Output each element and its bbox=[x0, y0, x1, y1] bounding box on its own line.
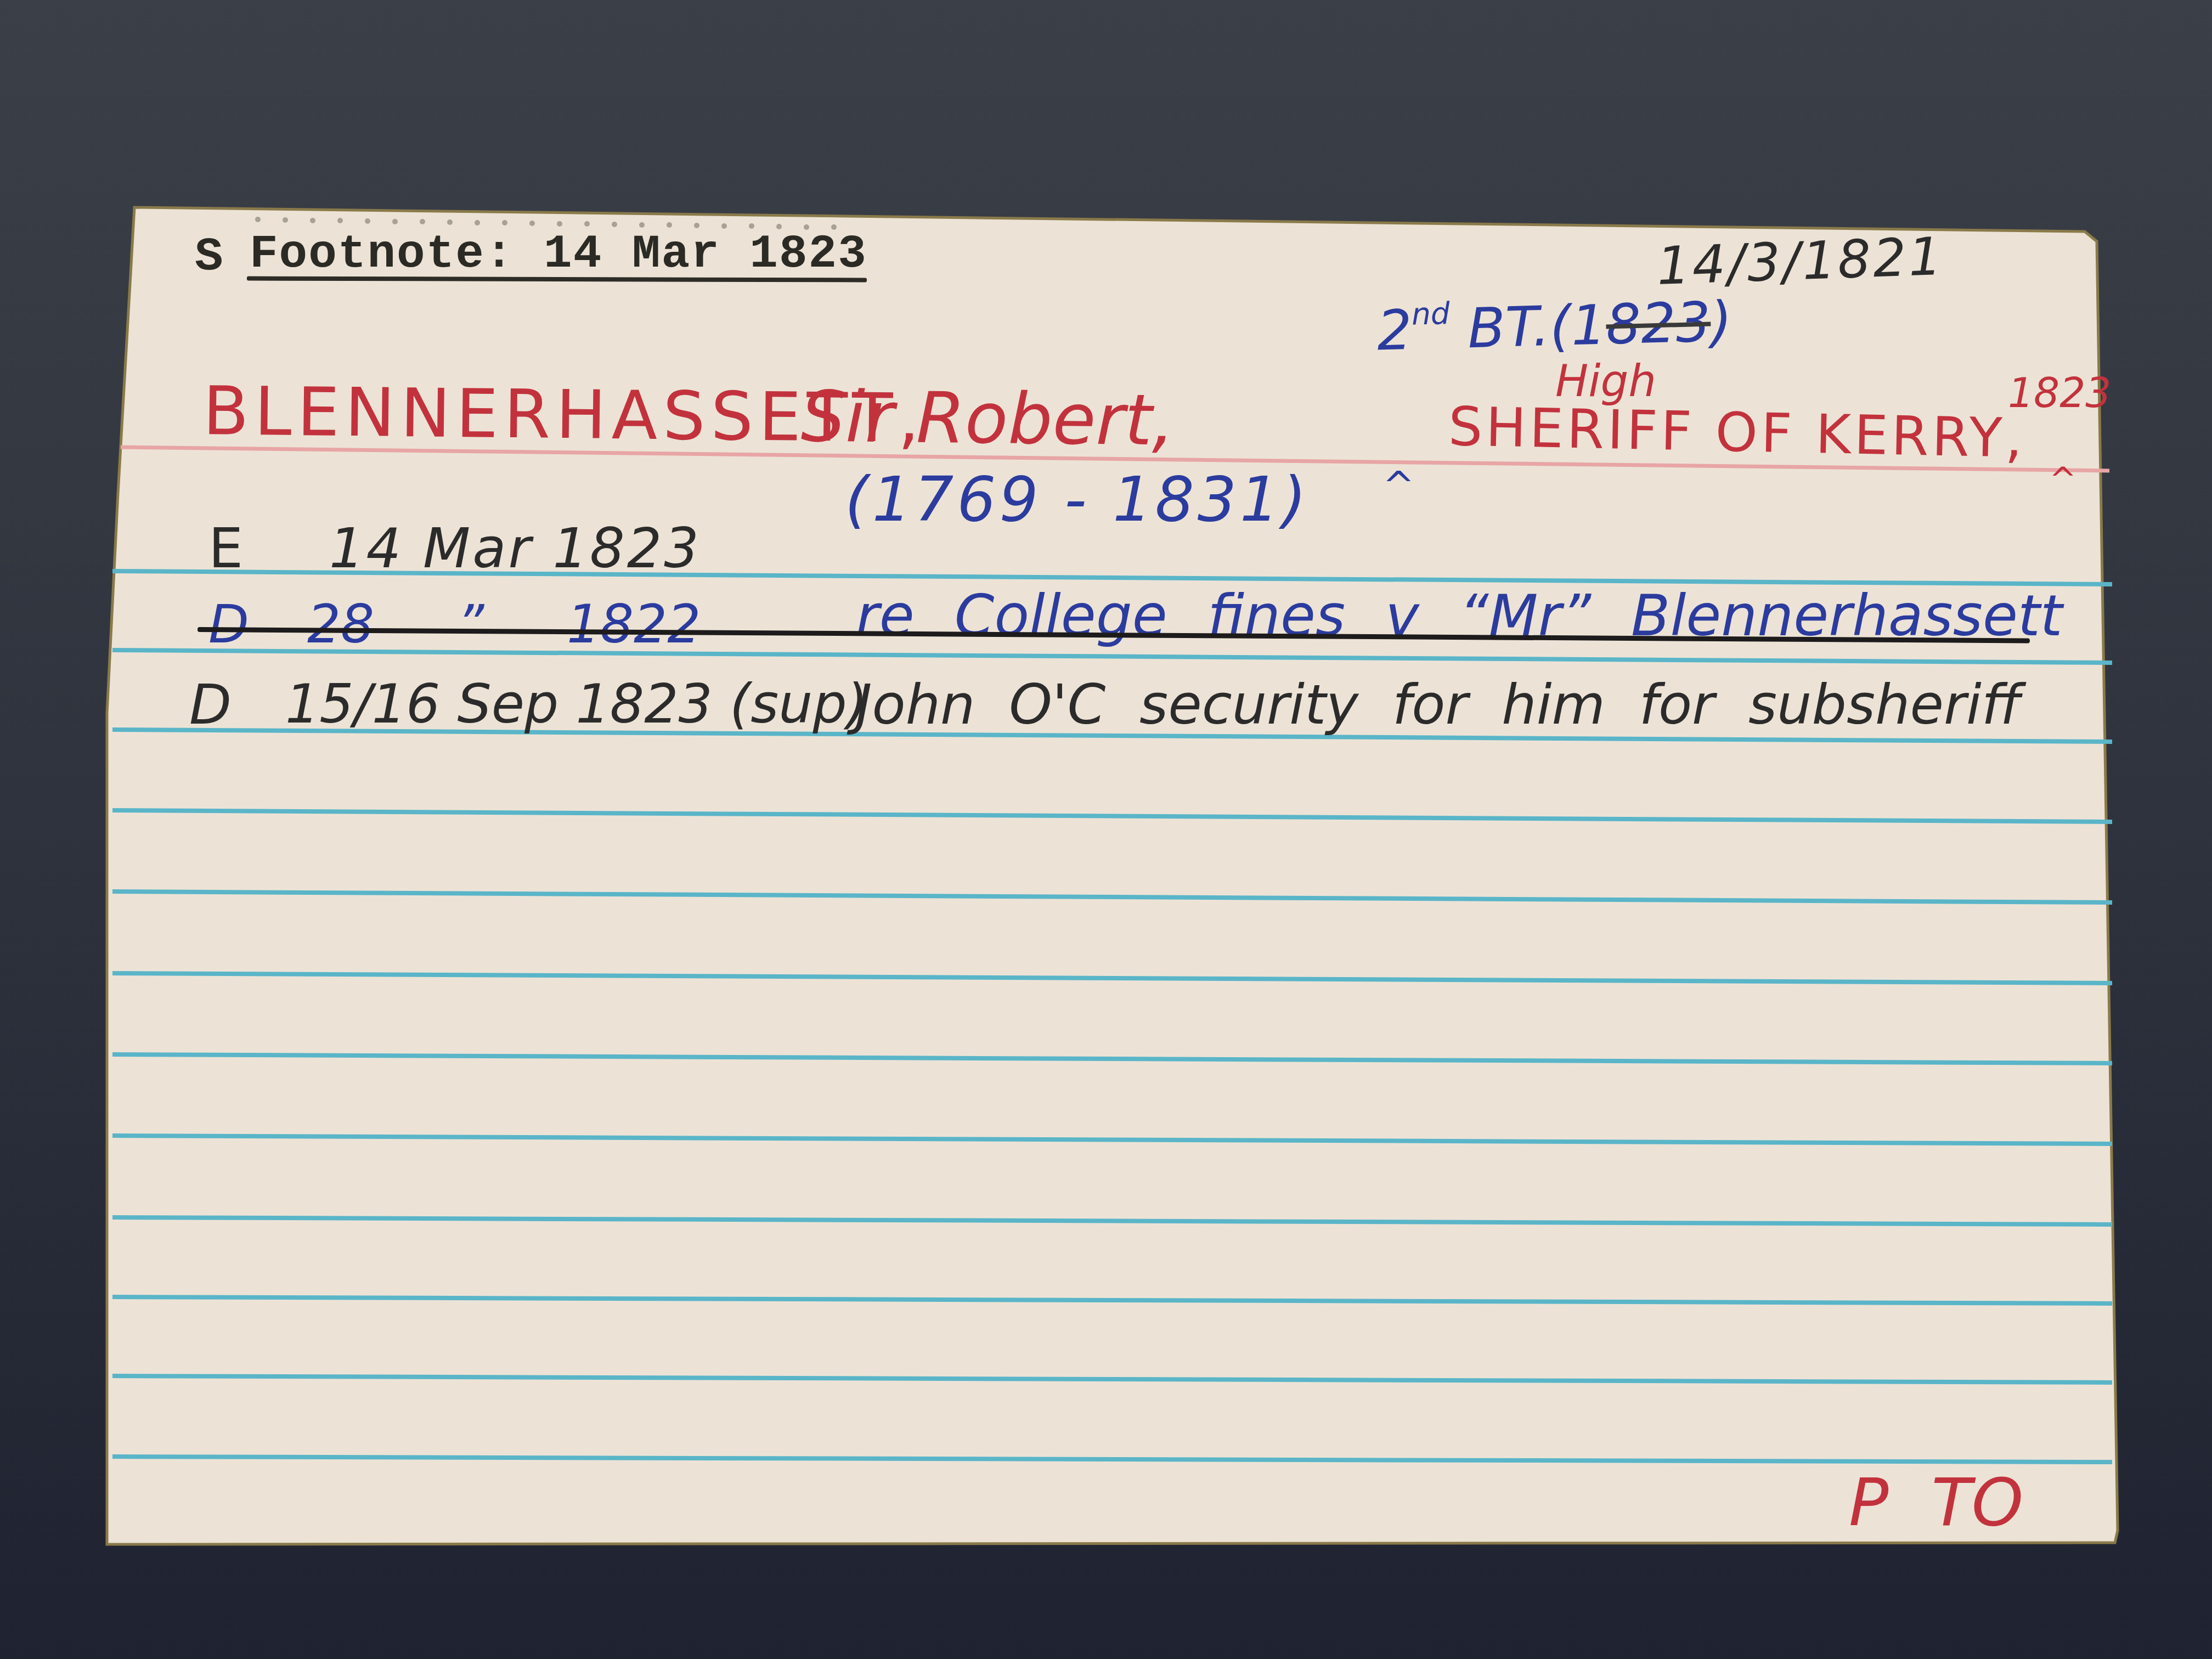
entry-code: E bbox=[208, 521, 243, 576]
baronetcy-year-struck: 823 bbox=[1605, 290, 1712, 357]
typed-section-mark: S bbox=[195, 233, 224, 280]
entry-code: D bbox=[189, 678, 232, 732]
typed-footnote-header: Footnote: 14 Mar 1823 bbox=[250, 230, 867, 278]
entry-note: John O'C security for him for subsheriff bbox=[856, 678, 2021, 732]
baronetcy-ordinal-suffix: nd bbox=[1411, 296, 1450, 332]
insert-caret-blue: ^ bbox=[1383, 466, 1415, 505]
heading-margin-year: 1823 bbox=[2008, 373, 2111, 414]
baronetcy-ordinal: 2 bbox=[1376, 298, 1413, 363]
top-right-date: 14/3/1821 bbox=[1656, 231, 1945, 293]
baronetcy-abbr: BT.( bbox=[1467, 294, 1572, 360]
entry-date: 28 ” 1822 bbox=[307, 598, 701, 651]
heading-lifespan: (1769 - 1831) bbox=[845, 469, 1310, 531]
heading-insert-high: High bbox=[1555, 359, 1656, 403]
heading-title: SHERIFF OF KERRY, bbox=[1448, 400, 2026, 466]
baronetcy-year-prefix: 1 bbox=[1570, 293, 1607, 358]
entry-date: 15/16 Sep 1823 (sup) bbox=[285, 678, 868, 731]
please-turn-over: P TO bbox=[1849, 1470, 2023, 1536]
entry-code: D bbox=[208, 598, 249, 651]
baronetcy-note: 2nd BT.(1823) bbox=[1376, 295, 1733, 359]
insert-caret-red: ^ bbox=[2049, 464, 2076, 496]
heading-forename: Sir Robert, bbox=[800, 382, 1175, 456]
baronetcy-close: ) bbox=[1710, 290, 1733, 354]
entry-date: 14 Mar 1823 bbox=[329, 521, 701, 576]
